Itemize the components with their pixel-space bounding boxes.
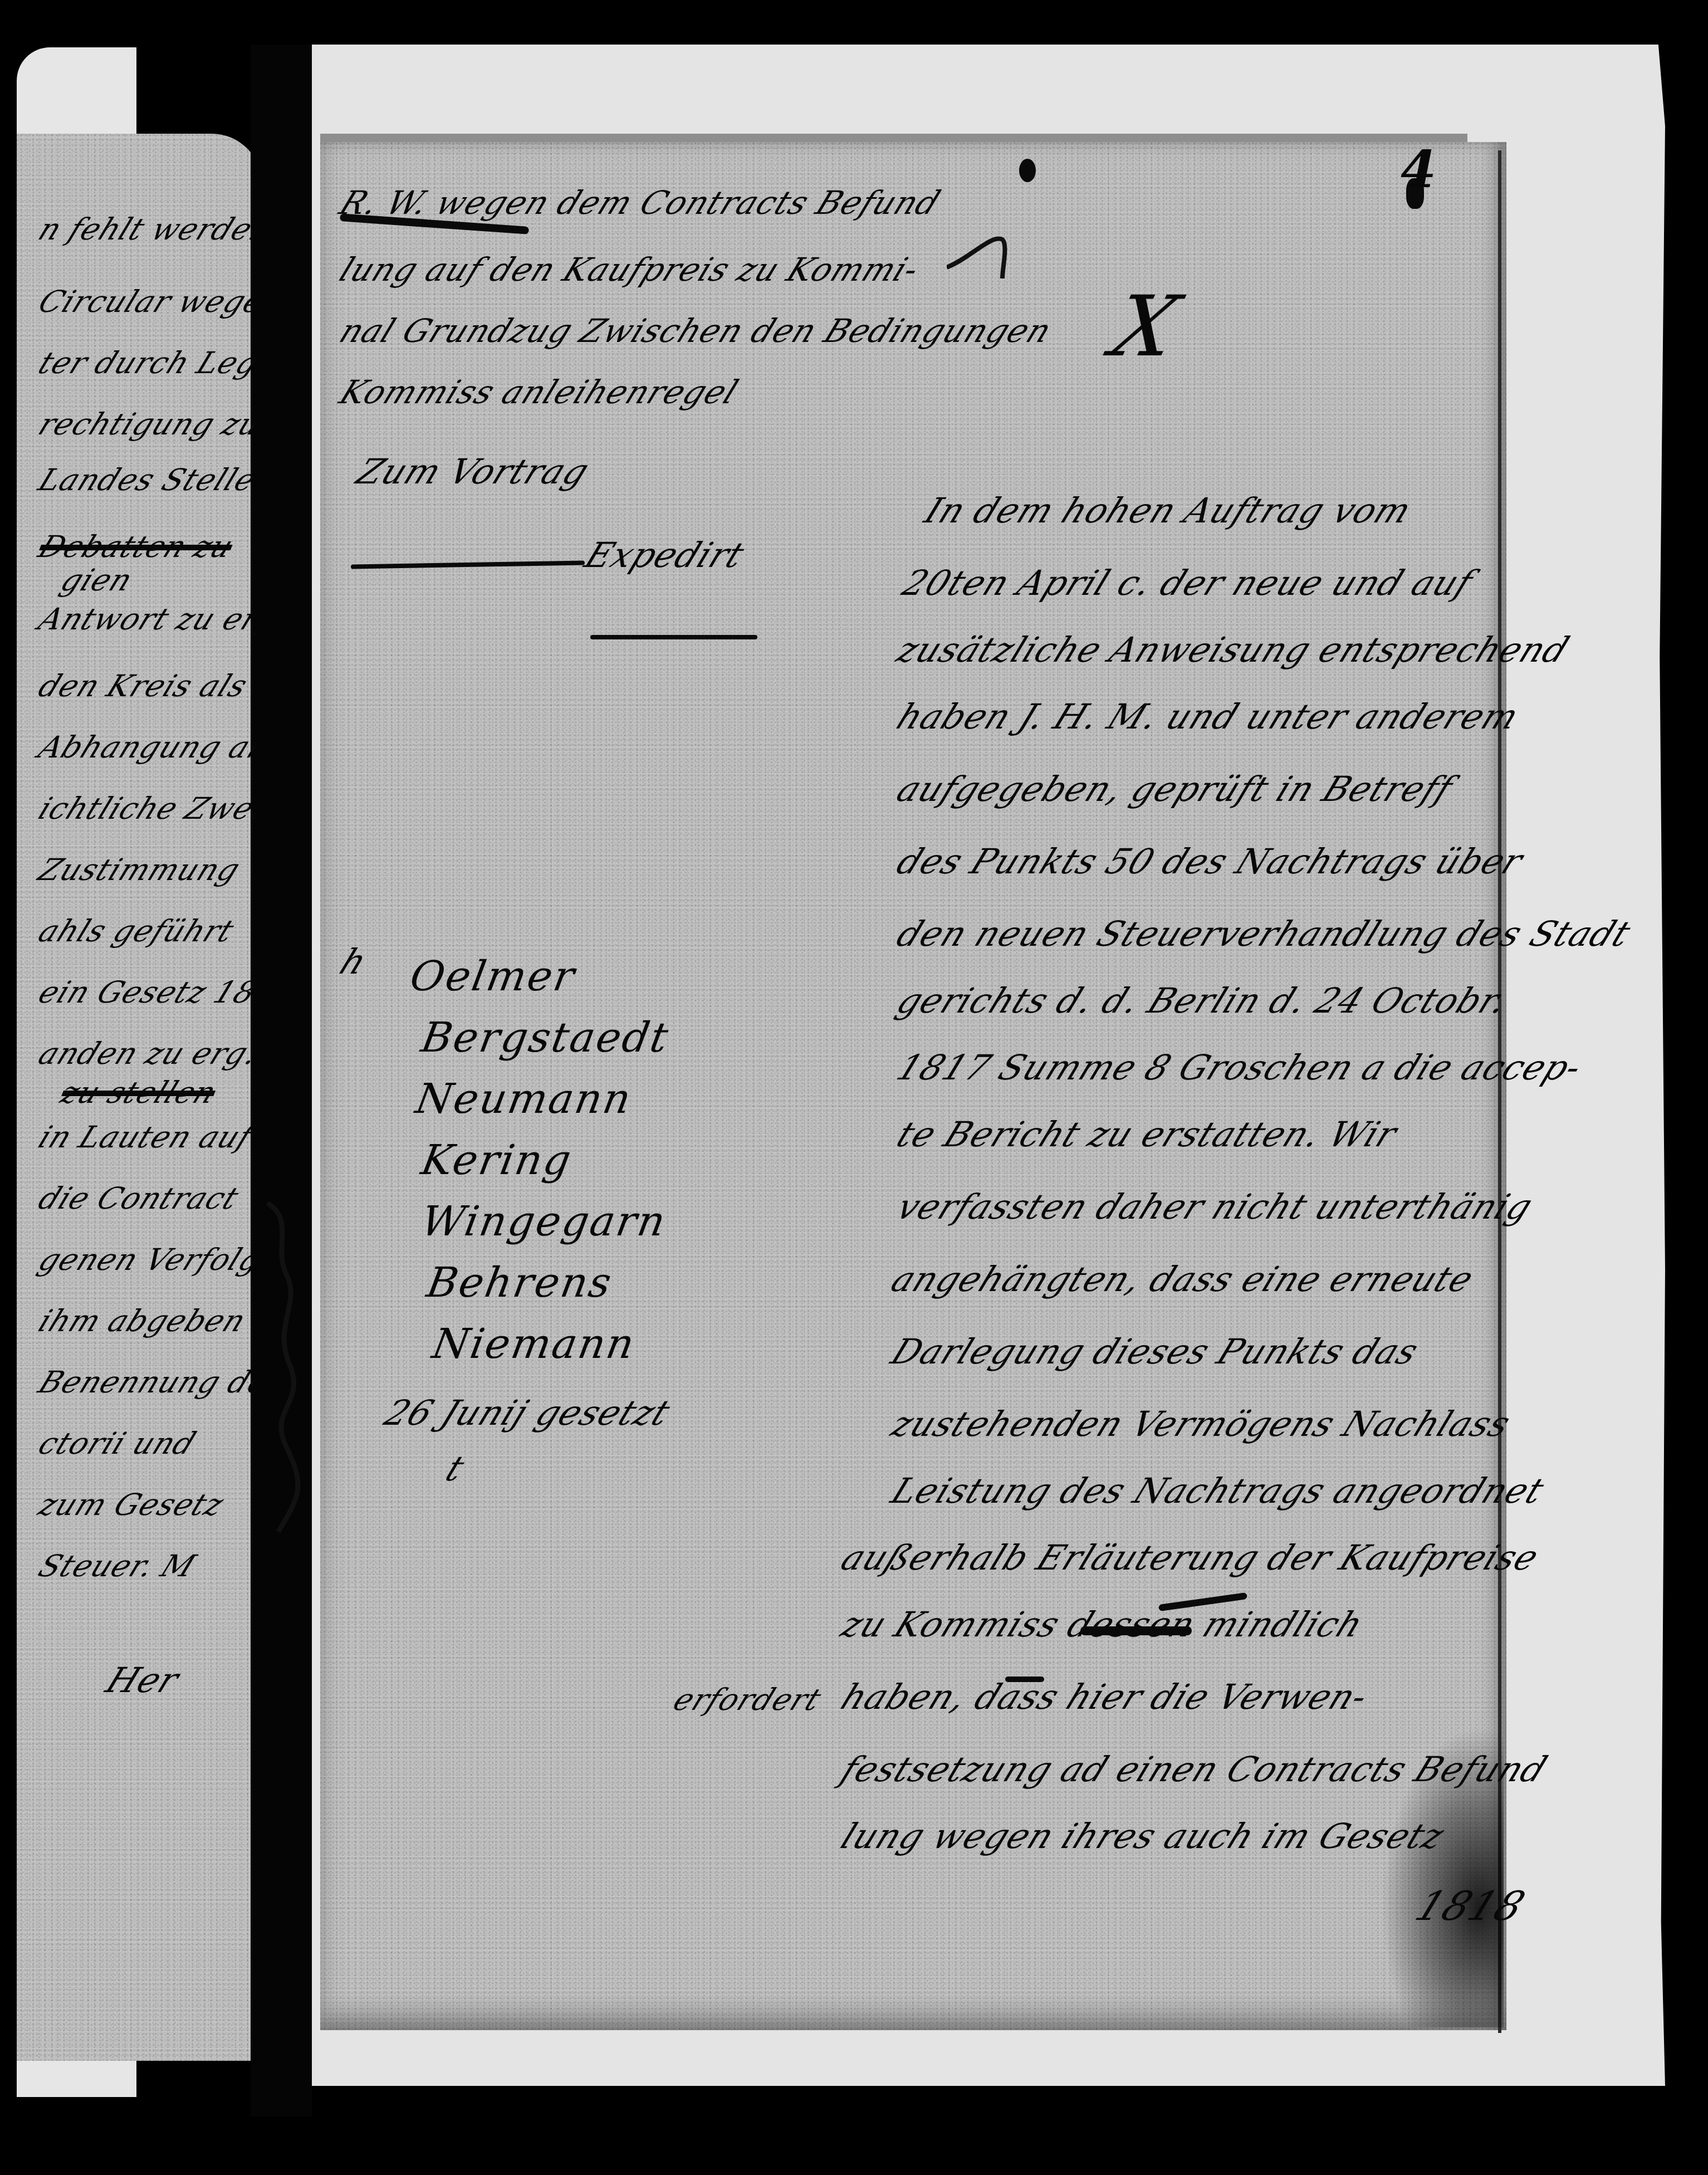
letter-line: te Bericht zu erstatten. Wir [891, 1114, 1403, 1155]
strip-line: Zustimmung [33, 852, 246, 887]
binding-spine [251, 45, 312, 2117]
letter-line: Darlegung dieses Punkts das [885, 1331, 1425, 1372]
strip-line: ihm abgeben [33, 1303, 251, 1338]
left-strip-text: n fehlt werden Circular wegen ter durch … [33, 212, 256, 1883]
letter-line: angehängten, dass eine erneute [885, 1259, 1480, 1299]
strip-line: Abhangung anzeig [33, 730, 256, 765]
strip-line: ahls geführt [33, 913, 239, 949]
strip-line: Antwort zu erg. [33, 602, 256, 637]
strip-line: den Kreis als wir [33, 668, 256, 703]
strikethrough-mark [1005, 1677, 1044, 1682]
margin-note-line: R. W. wegen dem Contracts Befund [334, 184, 946, 222]
strip-line: die Contract [33, 1181, 244, 1216]
letter-line: In dem hohen Auftrag vom [919, 490, 1418, 531]
letter-line: Leistung des Nachtrags angeordnet [885, 1470, 1550, 1511]
margin-note-line: nal Grundzug Zwischen den Bedingungen [334, 312, 1058, 350]
brace-stroke-icon [947, 228, 1047, 284]
ink-blot [1019, 159, 1036, 182]
strip-line-struck: zu stellen [56, 1075, 222, 1110]
strip-line: ter durch Legs [33, 345, 256, 380]
signatory-name: Neumann [412, 1075, 636, 1123]
strip-line: Benennung des M [33, 1365, 256, 1400]
letter-line: 1817 Summe 8 Groschen a die accep- [891, 1047, 1588, 1088]
strip-line: rechtigung zu [33, 407, 256, 442]
strip-line: gien [56, 563, 138, 598]
letter-line: verfassten daher nicht unterthänig [891, 1186, 1539, 1227]
margin-note-directive: Zum Vortrag [351, 451, 595, 492]
letter-line: zusätzliche Anweisung entsprechend [891, 629, 1575, 670]
strip-line: Circular wegen [33, 284, 256, 319]
letter-line: außerhalb Erläuterung der Kaufpreise [835, 1537, 1545, 1578]
letter-line: aufgegeben, geprüft in Betreff [891, 769, 1459, 809]
signatory-name: Oelmer [407, 952, 580, 1000]
strip-line: in Lauten auf [33, 1120, 256, 1155]
strip-line: Her [100, 1660, 185, 1700]
signatory-name: Kering [418, 1136, 576, 1184]
strip-line: ctorii und [33, 1426, 202, 1461]
letter-line: zu Kommiss dessen mindlich [835, 1604, 1369, 1645]
signature-date: 26 Junij gesetzt [379, 1392, 677, 1433]
letter-line: des Punkts 50 des Nachtrags über [891, 841, 1529, 882]
strip-line: anden zu erg. [33, 1036, 256, 1071]
letter-line: haben J. H. M. und unter anderem [891, 696, 1525, 737]
strip-line: Landes Stelle [33, 462, 256, 497]
letter-line: haben, dass hier die Verwen- [835, 1677, 1374, 1717]
letter-line: gerichts d. d. Berlin d. 24 Octobr. [891, 980, 1514, 1021]
strikethrough-mark [1080, 1626, 1192, 1635]
strip-line: ein Gesetz 1817 [33, 975, 256, 1010]
letter-line: 20ten April c. der neue und auf [897, 563, 1479, 603]
signatory-name: Niemann [429, 1320, 639, 1368]
letter-line: lung wegen ihres auch im Gesetz [835, 1816, 1451, 1856]
margin-insert-word: erfordert [668, 1682, 827, 1717]
signatory-name: Bergstaedt [418, 1014, 673, 1062]
letter-year: 1818 [1409, 1883, 1532, 1929]
margin-note-line: lung auf den Kaufpreis zu Kommi- [334, 251, 925, 289]
margin-note-expedirt: Expedirt [579, 535, 751, 575]
signatory-name: Wingegarn [418, 1198, 671, 1245]
binding-thread-icon [256, 1198, 312, 1587]
strip-line: zum Gesetz [33, 1487, 229, 1522]
strip-line-struck: Debatten zu [33, 529, 239, 564]
strip-line: ichtliche Zweite [33, 791, 256, 826]
strip-line: n fehlt werden [33, 212, 256, 247]
letter-line: zustehenden Vermögens Nachlass [885, 1404, 1517, 1444]
strip-line: genen Verfolgen [33, 1242, 256, 1277]
strip-line: Steuer. M [33, 1548, 201, 1583]
folio-number: 4 [1401, 139, 1437, 199]
letter-line: den neuen Steuerverhandlung des Stadt [891, 913, 1637, 954]
letter-line: festsetzung ad einen Contracts Befund [835, 1749, 1553, 1790]
underline-stroke [590, 635, 757, 639]
signatory-name: Behrens [423, 1259, 616, 1307]
margin-note-line: Kommiss anleihenregel [334, 373, 744, 411]
